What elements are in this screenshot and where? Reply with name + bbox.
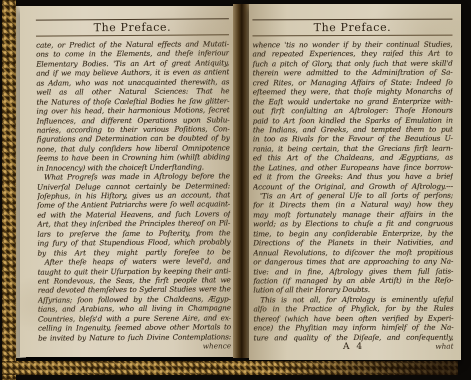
text-line: therein were admitted to the Adminiſtrat… <box>253 68 453 78</box>
text-line: and repeated Experiences, they raiſed th… <box>253 49 453 59</box>
text-line: or dangerous times that are approaching … <box>253 257 453 267</box>
signature-line: A 4 what <box>254 342 454 353</box>
text-line: world; as by Elections to chuſe a fit an… <box>253 219 453 229</box>
right-page: The Preface. whence 'tis no wonder if by… <box>249 4 461 360</box>
text-line: eſteemed they were, that thoſe mighty Mo… <box>253 87 453 97</box>
text-line: faction (if managed by an able Artiſt) i… <box>253 276 453 286</box>
signature-mark: A 4 <box>254 342 454 353</box>
text-line: in too as Rivals for the Favour of the B… <box>253 134 453 144</box>
text-line: ence) the Phyſitian may inform himſelf o… <box>253 323 453 333</box>
text-line: Directions of the Planets in their Nativ… <box>253 238 453 248</box>
text-line: for it Directs them (in a Natural way) h… <box>253 200 453 210</box>
gutter-shadow <box>233 4 249 358</box>
running-head-right: The Preface. <box>252 21 452 35</box>
text-line: ed it from the Greeks: And thus you have… <box>253 172 453 182</box>
right-page-text-block: whence 'tis no wonder if by their contin… <box>253 40 454 343</box>
text-line: out firſt conſulting an Aſtrologer: Thoſ… <box>253 106 453 116</box>
catchword-right: what <box>435 342 453 353</box>
text-line: alſo in the Practice of Phyſick, for by … <box>253 304 453 314</box>
book-cover-gilt-edge-left <box>2 0 16 380</box>
book-cover-gilt-edge-bottom <box>2 361 458 375</box>
head-rule-bottom-left <box>36 34 229 36</box>
head-rule-bottom-right <box>252 35 452 37</box>
left-page: The Preface. cate, or Predict of the Nat… <box>20 6 233 357</box>
running-head-left: The Preface. <box>36 20 229 34</box>
open-book-photo: The Preface. cate, or Predict of the Nat… <box>0 0 471 380</box>
left-page-text-block: cate, or Predict of the Natural effects … <box>36 39 231 342</box>
catchword-left: whence <box>38 341 231 352</box>
text-line: ed this Art of the Chaldeans, and Ægypti… <box>253 153 453 163</box>
